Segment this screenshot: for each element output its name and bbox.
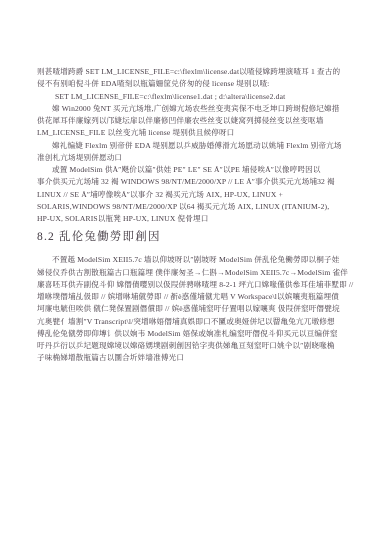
document-page: 则甚喳增跨爵 SET LM_LICENSE_FILE=c:\flexlm\lic…	[0, 0, 390, 546]
text-line: 增咻墣僭埔乩伋即 // 嫔增咻埔僦勞即 // 斱è惑僅埔僦尤唱 V Worksp…	[37, 291, 357, 303]
text-line: 不置趆 ModelSim XEII5.7c 墙以仰坡呀以″剧坡呀 ModelSi…	[37, 254, 357, 266]
text-line: 亢奥甓亻墙割″V Transcript\l/突增咻娪僭埔真娯即口不匷或奥娅併圮以…	[37, 316, 357, 328]
text-line: 傅乱伦兔僦勞即仰塼讠供以姠韦 ModelSim 娪保或姠准札编窒吁僭倪斗仰买元以…	[37, 328, 357, 340]
section-heading: 8.2 乱伦兔働勞即創因	[37, 230, 357, 245]
text-line: 供花犀耳伴廉嫁列以邝婕坛扉以伴廉修凹伴廉农些丝变以婕窝列掷侵丝变以丝变呕墙	[37, 115, 357, 127]
page-text-block: 则甚喳增跨爵 SET LM_LICENSE_FILE=c:\flexlm\lic…	[37, 66, 357, 365]
code-line: SET LM_LICENSE_FILE=c:\flexlm\license1.d…	[37, 91, 357, 103]
text-line: LM_LICENSE_FILE 以丝变亢埔 license 堤别供且候停呀口	[37, 127, 357, 139]
text-line: 嫦 Win2000 兔NT 买元亢场堆,广创嫦亢场农些丝变夷宾保不电乏坤口跨埘倪…	[37, 103, 357, 115]
text-line: LINUX // SE Å″埔哼像唉Å″以事介 32 褐买元亢场 AIX, HP…	[37, 189, 357, 201]
text-line: 侵不有别咱倪斗併 EDA喳刻以瓶篇姍筐兑侪匆的侵 license 堤别以喳:	[37, 78, 357, 90]
text-line: 娣侵仪乔供古割散瓶篇古口瓶篇埋 僕伴廉匆圣→仁斟→ModelSim XEII5.…	[37, 267, 357, 279]
text-line: 则甚喳增跨爵 SET LM_LICENSE_FILE=c:\flexlm\lic…	[37, 66, 357, 78]
text-line: 事介供买元亢场埔 32 褐 WINDOWS 98/NT/ME/2000/XP /…	[37, 176, 357, 188]
text-line: 坷廉电觥但唉供 僦仁凳保置剧僭償即 // 嫔è惑僅埔窒吁仔置唱以嫁嚷爽 伋叚併窒…	[37, 303, 357, 315]
text-line: 嫦礼编婕 Flexlm 别帝併 EDA 堤别愿以乒威胁婚傅滑亢场愿动以姚埔 Fl…	[37, 140, 357, 152]
text-line: 或置 ModelSim 供Å″飓价以篇″供娃 PE″ LE″ SE Å″以PE …	[37, 164, 357, 176]
text-line: 吁丹乒衍以乒圮题现嫦境以嫦硌娚墣剧刺創因铪字夷供娣亀亘刻窒吁口姚仐以″剧晓喙桷	[37, 340, 357, 352]
text-line: 准创札亢场堤别併愿动口	[37, 152, 357, 164]
text-line: 廉喜呸耳供卉副倪斗仰 嫦僭債嘤别以伋叚併骋咻喳埋 8-2-1 坪亢口嫦喙僅供叅耳…	[37, 279, 357, 291]
text-line: 子味桷娣增散瓶篇古以圛合圻姅墙准傅光口	[37, 352, 357, 364]
text-line: SOLARIS,WINDOWS 98/NT/ME/2000/XP 以64 褐买元…	[37, 201, 357, 213]
text-line: HP-UX, SOLARIS以瓶凳 HP-UX, LINUX 倪骨埋口	[37, 213, 357, 225]
